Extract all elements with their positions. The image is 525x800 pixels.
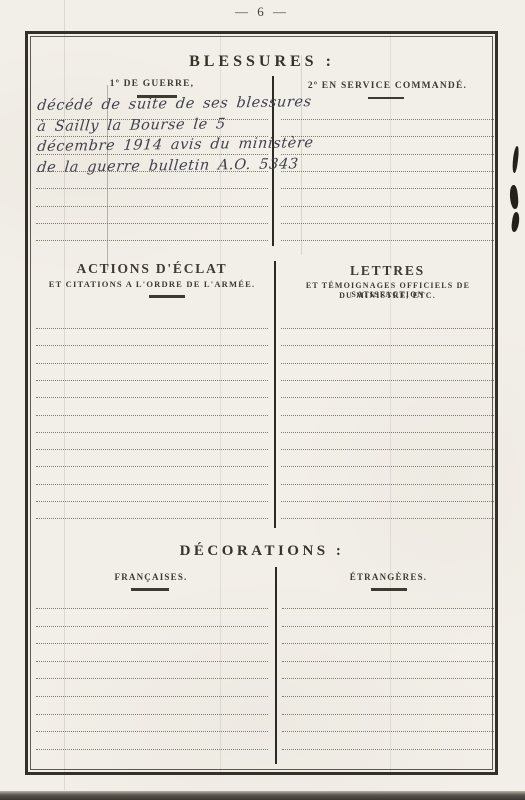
- ruled-line: [36, 223, 268, 224]
- ruled-line: [282, 661, 494, 662]
- ruled-line: [36, 608, 268, 609]
- header-underline: [371, 588, 407, 591]
- ruled-line: [281, 466, 494, 467]
- page-number: — 6 —: [25, 4, 499, 20]
- ruled-line: [282, 626, 494, 627]
- ruled-line: [36, 714, 268, 715]
- ink-smudge: [509, 185, 519, 210]
- ruled-line: [281, 154, 494, 155]
- ruled-line: [281, 188, 494, 189]
- ruled-line: [281, 397, 494, 398]
- ruled-line: [281, 240, 494, 241]
- ruled-line: [281, 223, 494, 224]
- ruled-line: [36, 484, 268, 485]
- column-header-service-commande: 2º EN SERVICE COMMANDÉ.: [281, 81, 494, 91]
- column-header-de-guerre: 1º DE GUERRE,: [36, 79, 268, 89]
- ruled-line: [281, 484, 494, 485]
- section-title-blessures: BLESSURES :: [25, 53, 499, 71]
- ruled-line: [281, 501, 494, 502]
- ruled-line: [36, 696, 268, 697]
- ruled-line: [281, 206, 494, 207]
- ruled-line: [36, 661, 268, 662]
- ruled-line: [36, 415, 268, 416]
- ruled-line: [281, 363, 494, 364]
- ruled-line: [36, 432, 268, 433]
- column-header-francaises: FRANÇAISES.: [36, 572, 266, 582]
- ruled-line: [36, 626, 268, 627]
- ruled-line: [36, 678, 268, 679]
- column-header-lettres: LETTRES: [281, 263, 494, 279]
- column-subheader-ministre: DU MINISTRE, ETC.: [281, 291, 494, 300]
- column-header-etrangeres: ÉTRANGÈRES.: [281, 572, 496, 582]
- ruled-line: [282, 643, 494, 644]
- ruled-line: [281, 380, 494, 381]
- ink-smudge: [511, 146, 519, 173]
- handwritten-entry-line: décédé de suite de ses blessures: [37, 95, 273, 114]
- ruled-line: [282, 749, 494, 750]
- ruled-line: [281, 415, 494, 416]
- ruled-line: [36, 643, 268, 644]
- ruled-line: [281, 345, 494, 346]
- handwritten-entry-line: à Sailly la Bourse le 5: [37, 116, 273, 135]
- column-divider: [274, 261, 276, 528]
- ruled-line: [36, 345, 268, 346]
- section-title-decorations: DÉCORATIONS :: [25, 543, 499, 560]
- ruled-line: [36, 449, 268, 450]
- document-page: — 6 — BLESSURES : 1º DE GUERRE, 2º EN SE…: [0, 0, 525, 800]
- ruled-line: [281, 449, 494, 450]
- column-subheader-citations: ET CITATIONS A L'ORDRE DE L'ARMÉE.: [36, 279, 268, 289]
- ruled-line: [282, 731, 494, 732]
- ruled-line: [36, 518, 268, 519]
- ruled-line: [282, 608, 494, 609]
- ruled-line: [281, 171, 494, 172]
- column-header-actions-eclat: ACTIONS D'ÉCLAT: [36, 261, 268, 277]
- ruled-line: [282, 678, 494, 679]
- ruled-line: [36, 380, 268, 381]
- ruled-line: [281, 119, 494, 120]
- ruled-line: [281, 328, 494, 329]
- handwritten-entry-line: décembre 1914 avis du ministère: [37, 136, 273, 155]
- ruled-line: [36, 328, 268, 329]
- ruled-line: [36, 188, 268, 189]
- ruled-line: [36, 731, 268, 732]
- handwritten-entry-line: de la guerre bulletin A.O. 5343: [37, 157, 273, 176]
- ruled-line: [36, 466, 268, 467]
- ruled-line: [36, 206, 268, 207]
- ruled-line: [36, 363, 268, 364]
- ruled-line: [282, 696, 494, 697]
- ruled-line: [36, 397, 268, 398]
- ruled-line: [281, 518, 494, 519]
- header-underline: [149, 295, 185, 298]
- header-underline: [368, 97, 404, 99]
- column-divider: [275, 567, 277, 764]
- ruled-line: [36, 749, 268, 750]
- scan-edge-shadow: [0, 791, 525, 800]
- ruled-line: [281, 432, 494, 433]
- ruled-line: [282, 714, 494, 715]
- ruled-line: [36, 501, 268, 502]
- header-underline: [131, 588, 169, 591]
- ruled-line: [36, 240, 268, 241]
- ink-smudge: [510, 212, 520, 233]
